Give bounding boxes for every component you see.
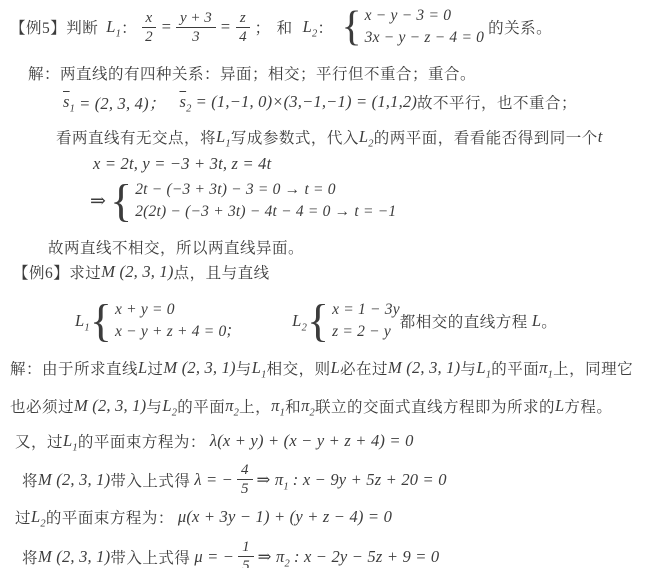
L2-system: { x = 1 − 3y z = 2 − y [307, 298, 400, 344]
document-page: 【例5】判断 L1 ： x2 = y + 33 = z4 ； 和 L2 ： { … [0, 0, 648, 568]
line1-symbol: L1 [476, 358, 491, 378]
fraction-y3-3: y + 33 [176, 9, 216, 46]
mu-equals: μ = − [194, 547, 234, 567]
left-brace: { [307, 298, 329, 344]
check-text-2: 写成参数式，代入 [231, 126, 359, 148]
L-symbol: L [532, 311, 541, 331]
semicolon: ; [226, 320, 232, 340]
not-parallel-text: 故不平行，也不重合； [417, 91, 577, 113]
semicolon: ； [255, 16, 271, 38]
sol-text: 上，同理它 [553, 357, 633, 379]
pi1-symbol: π1 [539, 358, 553, 378]
pi1-result: : x − 9y + 5z + 20 = 0 [293, 470, 447, 490]
ex6-mu-line: 将 M (2, 3, 1) 带入上式得 μ = − 15 ⇒ π2 : x − … [22, 538, 439, 568]
colon: ： [317, 16, 333, 38]
ex5-vectors-line: s1 = (2, 3, 4)； s2 = (1,−1, 0)×(3,−1,−1)… [63, 90, 577, 114]
point-M: M (2, 3, 1) [388, 358, 460, 378]
ex5-problem-line: 【例5】判断 L1 ： x2 = y + 33 = z4 ； 和 L2 ： { … [10, 6, 552, 48]
point-M: M (2, 3, 1) [101, 262, 173, 282]
s2-value: = (1,−1, 0)×(3,−1,−1) = (1,1,2) [196, 92, 417, 112]
sol-text: 过 [147, 357, 163, 379]
pencil-equation: μ(x + 3y − 1) + (y + z − 4) = 0 [178, 507, 392, 527]
equals: = [220, 17, 231, 37]
line1-symbol: L1 [75, 311, 90, 331]
fraction-z-4: z4 [235, 9, 251, 46]
L1-eq2: x − y + z + 4 = 0 [115, 323, 227, 341]
ex6-label: 【例6】求过 [13, 261, 101, 283]
line1-symbol: L1 [63, 431, 78, 451]
L-symbol: L [138, 358, 147, 378]
parametric-equations: x = 2t, y = −3 + 3t, z = 4t [93, 154, 271, 174]
ex5-label: 【例5】判断 [10, 16, 98, 38]
point-M: M (2, 3, 1) [163, 358, 235, 378]
fraction-1-5: 15 [238, 538, 254, 568]
pi2-symbol: π2 [225, 396, 239, 416]
ex6-problem-line: 【例6】求过 M (2, 3, 1) 点，且与直线 [13, 261, 270, 283]
ex6-pencil-L1-line: 又，过 L1 的平面束方程为： λ(x + y) + (x − y + z + … [15, 430, 414, 452]
sub-text: 带入上式得 [110, 546, 190, 568]
conclusion-text: 故两直线不相交，所以两直线异面。 [48, 236, 304, 258]
and-word: 和 [277, 16, 293, 38]
point-M: M (2, 3, 1) [38, 470, 110, 490]
ex6-head-tail: 点，且与直线 [174, 261, 270, 283]
pi2-result: : x − 2y − 5z + 9 = 0 [294, 547, 439, 567]
s1-value: = (2, 3, 4)； [79, 90, 165, 114]
check-text-1: 看两直线有无交点，将 [56, 126, 216, 148]
check-text-3: 的两平面，看看能否得到同一个 [374, 126, 598, 148]
L1-eq1: x + y = 0 [115, 301, 175, 319]
system-eq2: 3x − y − z − 4 = 0 [365, 29, 484, 47]
equals: = [161, 17, 172, 37]
sol-text: 联立的交面式直线方程即为所求的 [315, 395, 555, 417]
line2-symbol: L2 [303, 17, 318, 37]
sol-text: 与 [460, 357, 476, 379]
sol-text: 与 [236, 357, 252, 379]
sol-text: 的平面 [177, 395, 225, 417]
point-M: M (2, 3, 1) [38, 547, 110, 567]
ex5-check-line: 看两直线有无交点，将 L1 写成参数式，代入 L2 的两平面，看看能否得到同一个… [56, 126, 603, 148]
L1-system: { x + y = 0 x − y + z + 4 = 0 [90, 298, 227, 344]
left-brace: { [341, 6, 361, 48]
substituted-eq1: 2t − (−3 + 3t) − 3 = 0 → t = 0 [135, 181, 336, 199]
sub-text: 将 [22, 546, 38, 568]
L2-eq1: x = 1 − 3y [332, 301, 400, 319]
implies-arrow: ⇒ [90, 190, 106, 213]
lambda-equals: λ = − [194, 470, 233, 490]
colon: ： [121, 16, 137, 38]
ex5-implication-system: ⇒ { 2t − (−3 + 3t) − 3 = 0 → t = 0 2(2t)… [90, 178, 396, 224]
implies-pi1: ⇒ π1 [257, 470, 289, 490]
fraction-4-5: 45 [237, 461, 253, 498]
sub-text: 将 [22, 469, 38, 491]
pencil-text: 的平面束方程为： [78, 430, 206, 452]
line2-symbol: L2 [292, 311, 307, 331]
left-brace: { [110, 178, 132, 224]
pencil-text: 过 [15, 506, 31, 528]
line2-symbol: L2 [162, 396, 177, 416]
fraction-x-2: x2 [141, 9, 157, 46]
sol-text: 上， [239, 395, 271, 417]
given-tail: 都相交的直线方程 [400, 310, 528, 332]
period: 。 [541, 310, 557, 332]
relations-text: 解：两直线的有四种关系：异面；相交；平行但不重合；重合。 [28, 62, 476, 84]
pi1-symbol: π1 [271, 396, 285, 416]
substituted-eq2: 2(2t) − (−3 + 3t) − 4t − 4 = 0 → t = −1 [135, 203, 396, 221]
sol-text: 也必须过 [10, 395, 74, 417]
s1-vector-symbol: s1 [63, 92, 75, 112]
sol-text: 方程。 [564, 395, 612, 417]
line1-symbol: L1 [216, 127, 231, 147]
pencil-equation: λ(x + y) + (x − y + z + 4) = 0 [210, 431, 414, 451]
line1-symbol: L1 [106, 17, 121, 37]
ex5-solution-intro: 解：两直线的有四种关系：异面；相交；平行但不重合；重合。 [28, 62, 476, 84]
left-brace: { [90, 298, 112, 344]
ex6-lambda-line: 将 M (2, 3, 1) 带入上式得 λ = − 45 ⇒ π1 : x − … [22, 461, 447, 498]
L-symbol: L [331, 358, 340, 378]
pencil-text: 又，过 [15, 430, 63, 452]
line1-symbol: L1 [252, 358, 267, 378]
system-eq1: x − y − 3 = 0 [365, 7, 452, 25]
line2-symbol: L2 [31, 507, 46, 527]
pi2-symbol: π2 [301, 396, 315, 416]
sol-text: 必在过 [340, 357, 388, 379]
implies-pi2: ⇒ π2 [258, 547, 290, 567]
t-variable: t [598, 127, 603, 147]
ex6-pencil-L2-line: 过 L2 的平面束方程为： μ(x + 3y − 1) + (y + z − 4… [15, 506, 392, 528]
line2-symbol: L2 [359, 127, 374, 147]
ex5-conclusion: 故两直线不相交，所以两直线异面。 [48, 236, 304, 258]
s2-vector-symbol: s2 [179, 92, 191, 112]
point-M: M (2, 3, 1) [74, 396, 146, 416]
sol-text: 解：由于所求直线 [10, 357, 138, 379]
ex6-solution-line1: 解：由于所求直线 L 过 M (2, 3, 1) 与 L1 相交，则 L 必在过… [10, 357, 633, 379]
ex5-tail: 的关系。 [488, 16, 552, 38]
pencil-text: 的平面束方程为： [46, 506, 174, 528]
sol-text: 相交，则 [267, 357, 331, 379]
sol-text: 与 [146, 395, 162, 417]
sol-text: 的平面 [491, 357, 539, 379]
ex6-solution-line2: 也必须过 M (2, 3, 1) 与 L2 的平面 π2 上， π1 和 π2 … [10, 395, 612, 417]
L2-eq2: z = 2 − y [332, 323, 391, 341]
L-symbol: L [555, 396, 564, 416]
sol-text: 和 [285, 395, 301, 417]
ex5-system: { x − y − 3 = 0 3x − y − z − 4 = 0 [341, 6, 484, 48]
sub-text: 带入上式得 [110, 469, 190, 491]
ex6-given-lines: L1 { x + y = 0 x − y + z + 4 = 0 ; L2 { … [75, 298, 557, 344]
ex5-parametric-line: x = 2t, y = −3 + 3t, z = 4t [93, 154, 271, 174]
